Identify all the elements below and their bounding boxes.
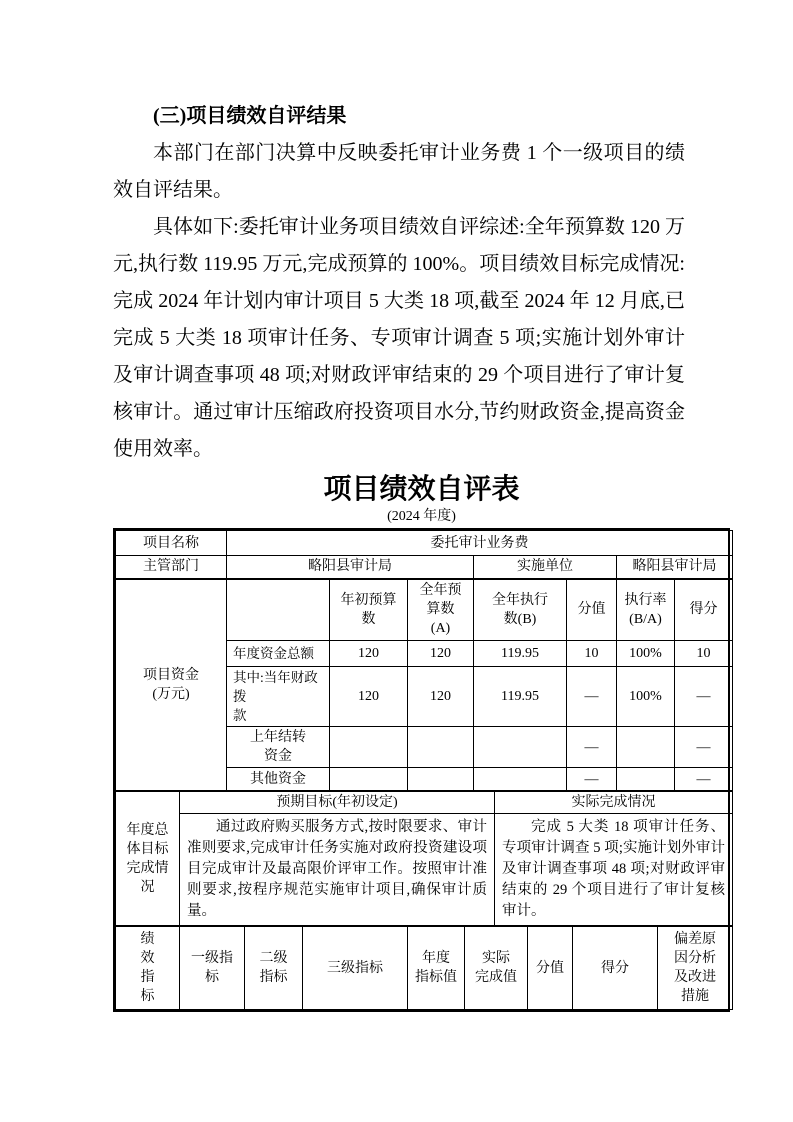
text-block: (三)项目绩效自评结果 本部门在部门决算中反映委托审计业务费 1 个一级项目的绩… [113,98,685,468]
funds-value-cell: 100% [617,667,675,727]
section-heading: (三)项目绩效自评结果 [113,98,685,135]
indicator-header-annual-target: 年度 指标值 [408,927,465,1010]
funds-value-cell: 100% [617,641,675,667]
document-page: (三)项目绩效自评结果 本部门在部门决算中反映委托审计业务费 1 个一级项目的绩… [0,0,793,1122]
funds-value-cell: — [567,768,617,791]
funds-value-cell: — [567,667,617,727]
funds-value-cell: 120 [408,641,474,667]
goal-header-row: 年度总 体目标 完成情 况 预期目标(年初设定) 实际完成情况 [116,792,733,814]
annual-goal-section-table: 年度总 体目标 完成情 况 预期目标(年初设定) 实际完成情况 通过政府购买服务… [115,791,733,926]
col-header-executed: 全年执行 数(B) [474,579,567,641]
indicator-header-score: 得分 [573,927,658,1010]
indicators-section-label-cell: 绩 效 指 标 [116,927,180,1010]
expected-goal-header-cell: 预期目标(年初设定) [180,792,495,814]
col-header-annual-budget: 全年预 算数 (A) [408,579,474,641]
funds-section-label-cell: 项目资金 (万元) [116,579,227,791]
funds-value-cell [408,768,474,791]
table-subtitle: (2024 年度) [113,508,730,526]
indicator-header-weight: 分值 [528,927,573,1010]
impl-unit-label-cell: 实施单位 [474,556,617,579]
funds-value-cell: 119.95 [474,641,567,667]
funds-value-cell: 119.95 [474,667,567,727]
funds-label-cell: 其他资金 [227,768,330,791]
funds-value-cell: 120 [330,641,408,667]
funds-header-row: 项目资金 (万元) 年初预算 数 全年预 算数 (A) 全年执行 数(B) 分值… [116,579,733,641]
dept-value-cell: 略阳县审计局 [227,556,474,579]
indicator-header-level3: 三级指标 [303,927,408,1010]
funds-value-cell: — [675,667,733,727]
project-name-label-cell: 项目名称 [116,531,227,556]
funds-value-cell: 120 [330,667,408,727]
impl-unit-value-cell: 略阳县审计局 [617,556,733,579]
project-name-row: 项目名称 委托审计业务费 [116,531,733,556]
funds-value-cell: — [567,727,617,768]
indicator-header-actual-value: 实际 完成值 [465,927,528,1010]
goal-body-row: 通过政府购买服务方式,按时限要求、审计准则要求,完成审计任务实施对政府投资建设项… [116,814,733,926]
funds-value-cell [474,768,567,791]
funds-value-cell [330,768,408,791]
self-evaluation-table: 项目名称 委托审计业务费 主管部门 略阳县审计局 实施单位 略阳县审计局 项目资… [113,528,730,1012]
indicator-header-deviation: 偏差原 因分析 及改进 措施 [658,927,733,1010]
indicator-header-level1: 一级指 标 [180,927,245,1010]
indicators-header-row: 绩 效 指 标 一级指 标 二级 指标 三级指标 年度 指标值 实际 完成值 分… [116,927,733,1010]
indicators-section-table: 绩 效 指 标 一级指 标 二级 指标 三级指标 年度 指标值 实际 完成值 分… [115,926,733,1010]
col-header-weight: 分值 [567,579,617,641]
funds-section-table: 项目名称 委托审计业务费 主管部门 略阳县审计局 实施单位 略阳县审计局 项目资… [115,530,733,791]
paragraph-1: 本部门在部门决算中反映委托审计业务费 1 个一级项目的绩效自评结果。 [113,135,685,209]
funds-value-cell: 10 [675,641,733,667]
indicator-header-level2: 二级 指标 [245,927,303,1010]
col-header-initial-budget: 年初预算 数 [330,579,408,641]
funds-label-cell: 其中:当年财政拨 款 [227,667,330,727]
funds-value-cell: — [675,768,733,791]
table-title: 项目绩效自评表 [113,472,730,506]
funds-value-cell [617,727,675,768]
funds-empty-header-cell [227,579,330,641]
actual-result-text-cell: 完成 5 大类 18 项审计任务、专项审计调查 5 项;实施计划外审计及审计调查… [495,814,733,926]
dept-label-cell: 主管部门 [116,556,227,579]
funds-value-cell: 10 [567,641,617,667]
col-header-score: 得分 [675,579,733,641]
funds-label-cell: 年度资金总额 [227,641,330,667]
paragraph-2: 具体如下:委托审计业务项目绩效自评综述:全年预算数 120 万元,执行数 119… [113,209,685,468]
expected-goal-text-cell: 通过政府购买服务方式,按时限要求、审计准则要求,完成审计任务实施对政府投资建设项… [180,814,495,926]
funds-value-cell: 120 [408,667,474,727]
col-header-rate: 执行率 (B/A) [617,579,675,641]
goal-section-label-cell: 年度总 体目标 完成情 况 [116,792,180,926]
funds-value-cell [408,727,474,768]
dept-row: 主管部门 略阳县审计局 实施单位 略阳县审计局 [116,556,733,579]
funds-label-cell: 上年结转 资金 [227,727,330,768]
actual-result-header-cell: 实际完成情况 [495,792,733,814]
funds-value-cell [330,727,408,768]
funds-value-cell [617,768,675,791]
project-name-value-cell: 委托审计业务费 [227,531,733,556]
funds-value-cell: — [675,727,733,768]
funds-value-cell [474,727,567,768]
